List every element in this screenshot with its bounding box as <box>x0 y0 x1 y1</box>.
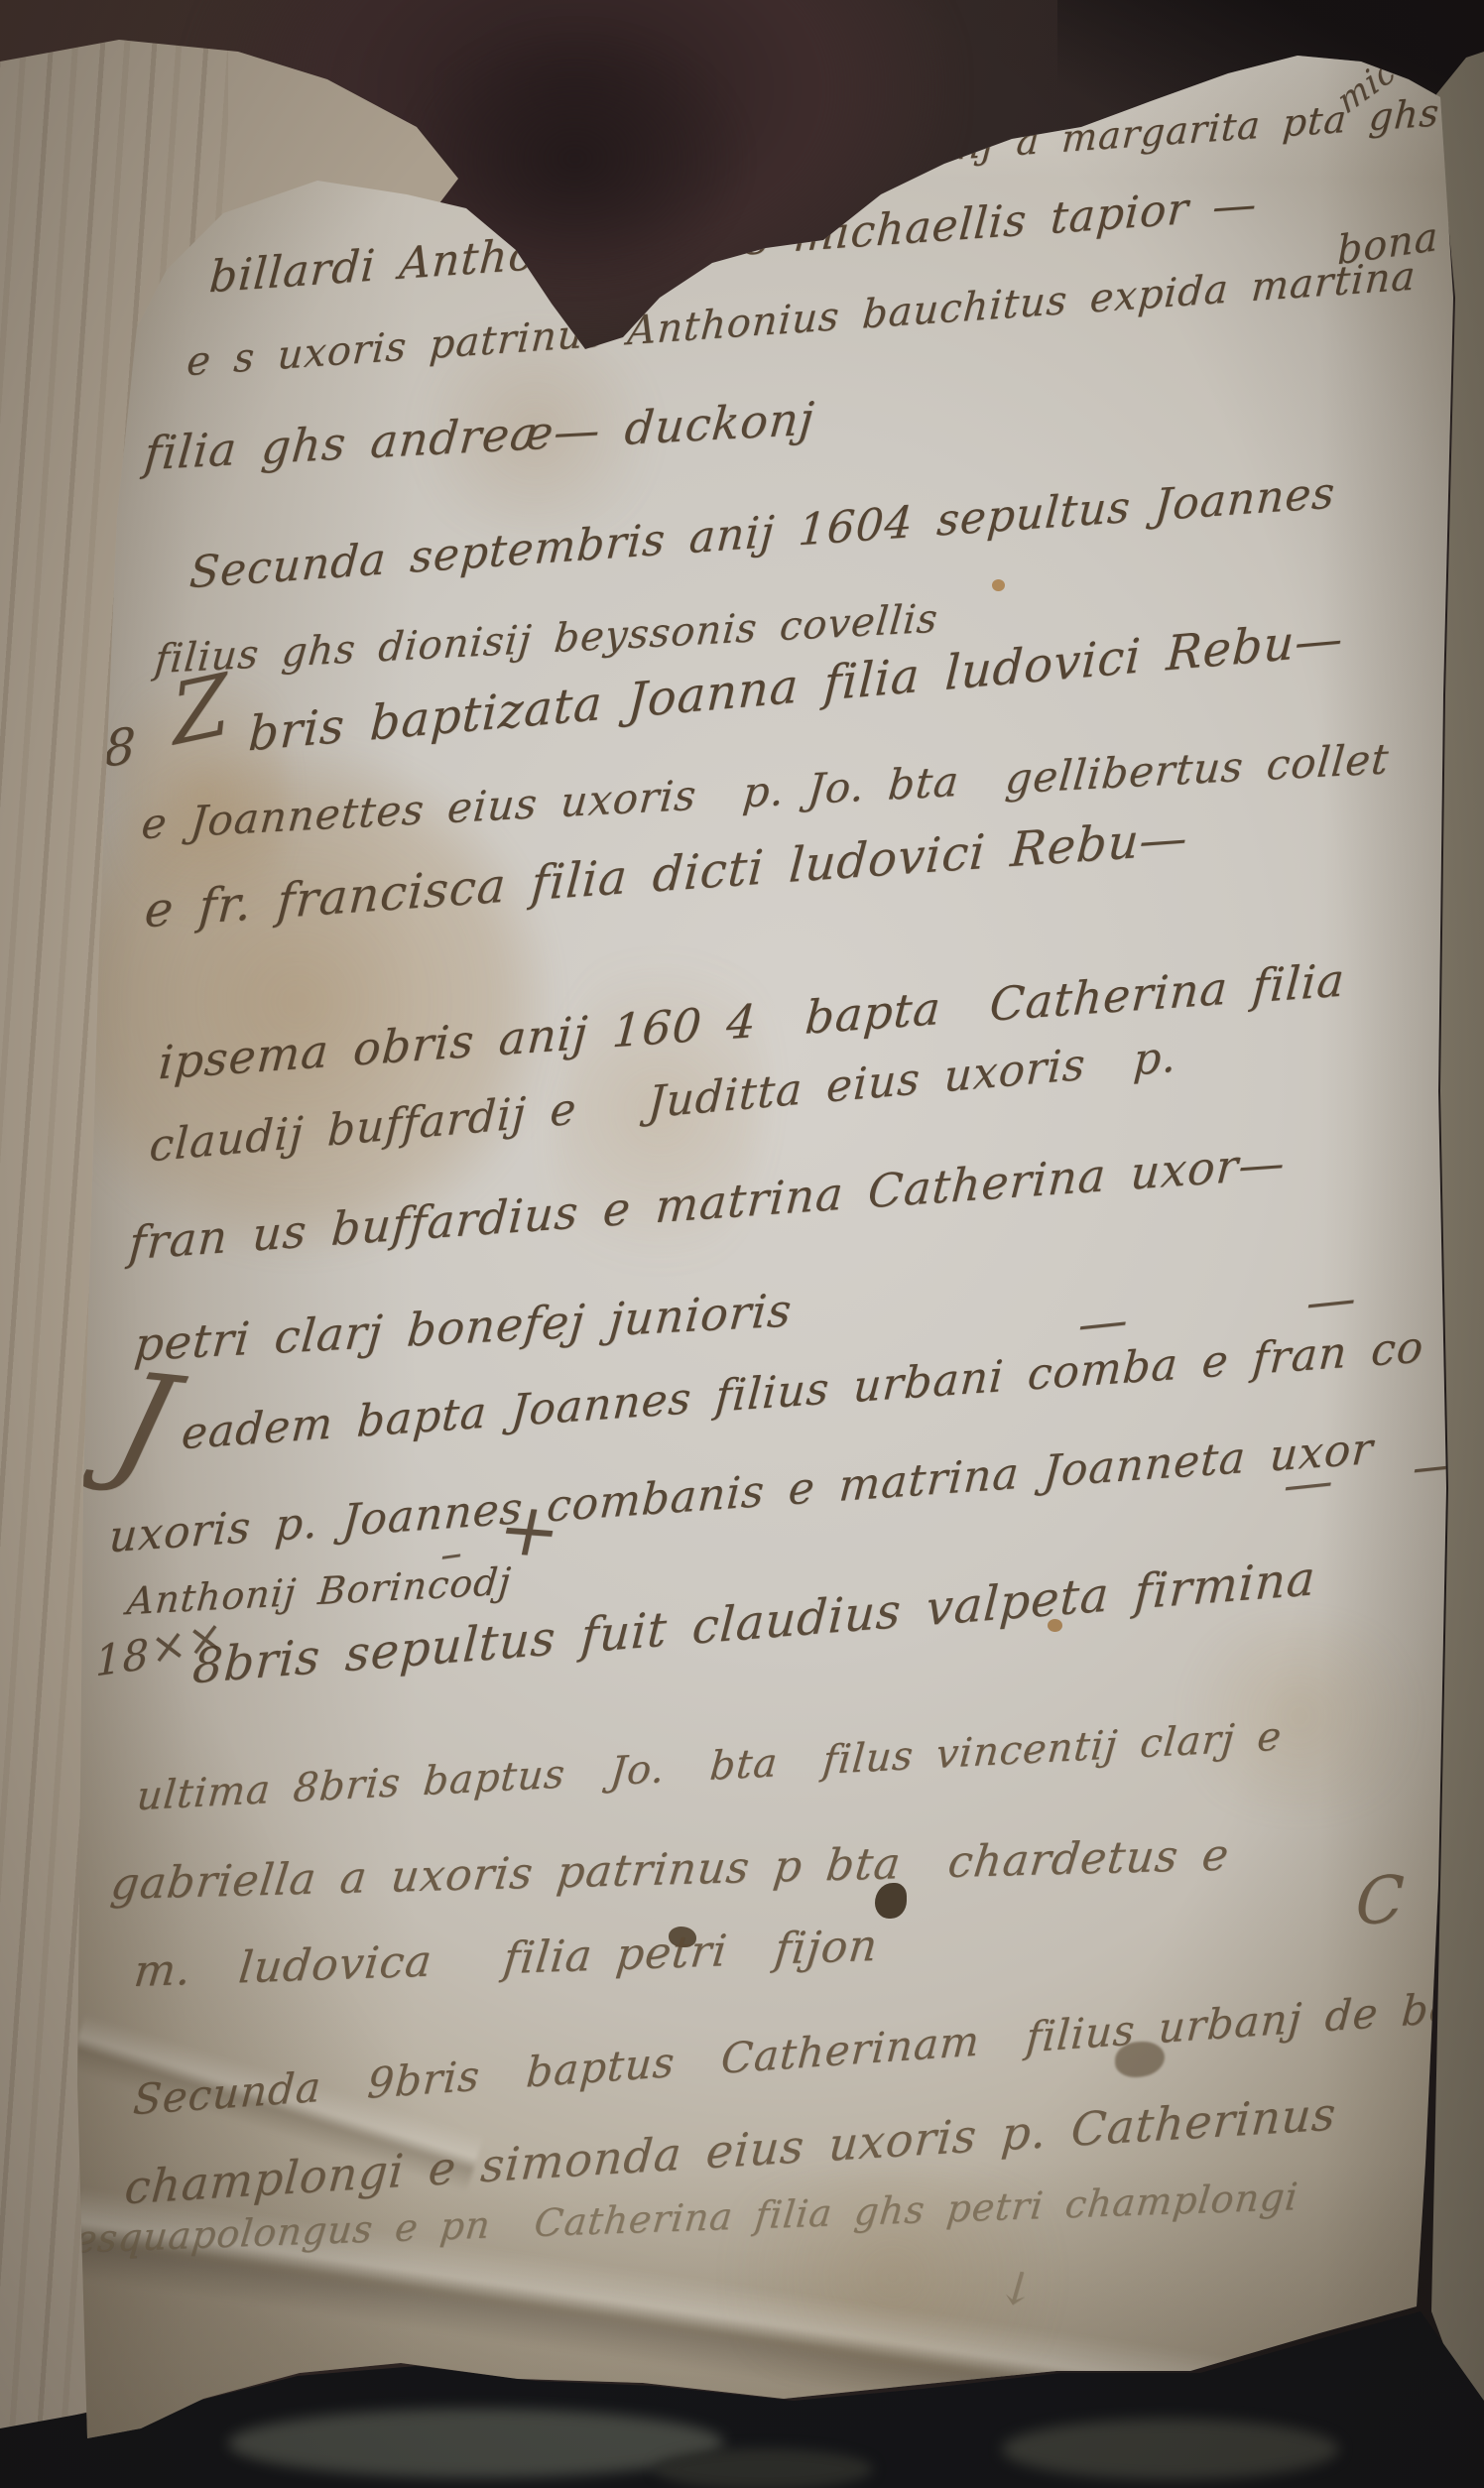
marginal-mark: J <box>99 1345 189 1501</box>
marginal-mark: C <box>1354 1862 1406 1941</box>
manuscript-line: ultima 8bris baptus Jo. bta filus vincen… <box>135 1714 1284 1820</box>
handwriting-layer: Augusti baptizatus domj a margarita pta … <box>0 0 1484 2488</box>
paper-debris <box>1002 2419 1339 2480</box>
marginal-mark: – <box>440 1527 463 1581</box>
manuscript-line: petri clarj bonefej junioris <box>132 1283 794 1371</box>
marginal-mark: — <box>1077 1291 1130 1354</box>
photograph-of-manuscript: Augusti baptizatus domj a margarita pta … <box>0 0 1484 2488</box>
marginal-mark: bona <box>1337 214 1438 275</box>
marginal-mark: — <box>1283 1451 1335 1515</box>
manuscript-line: m. ludovica filia petri fijon <box>132 1921 881 1997</box>
marginal-mark: 8 <box>103 717 138 779</box>
manuscript-line: filia ghs andreæ— duckonj <box>142 392 816 481</box>
manuscript-line: Secunda septembris anij 1604 sepultus Jo… <box>187 467 1336 598</box>
marginal-mark: — <box>1305 1269 1358 1332</box>
marginal-mark: 18 <box>95 1629 150 1685</box>
marginal-mark: Z <box>169 655 233 765</box>
manuscript-page: Augusti baptizatus domj a margarita pta … <box>0 0 1484 2488</box>
ghost-mark: ↓ <box>991 2260 1045 2317</box>
manuscript-line: gabriella a uxoris patrinus p bta charde… <box>108 1829 1232 1910</box>
paper-debris <box>228 2409 724 2478</box>
paper-debris <box>655 2448 873 2488</box>
